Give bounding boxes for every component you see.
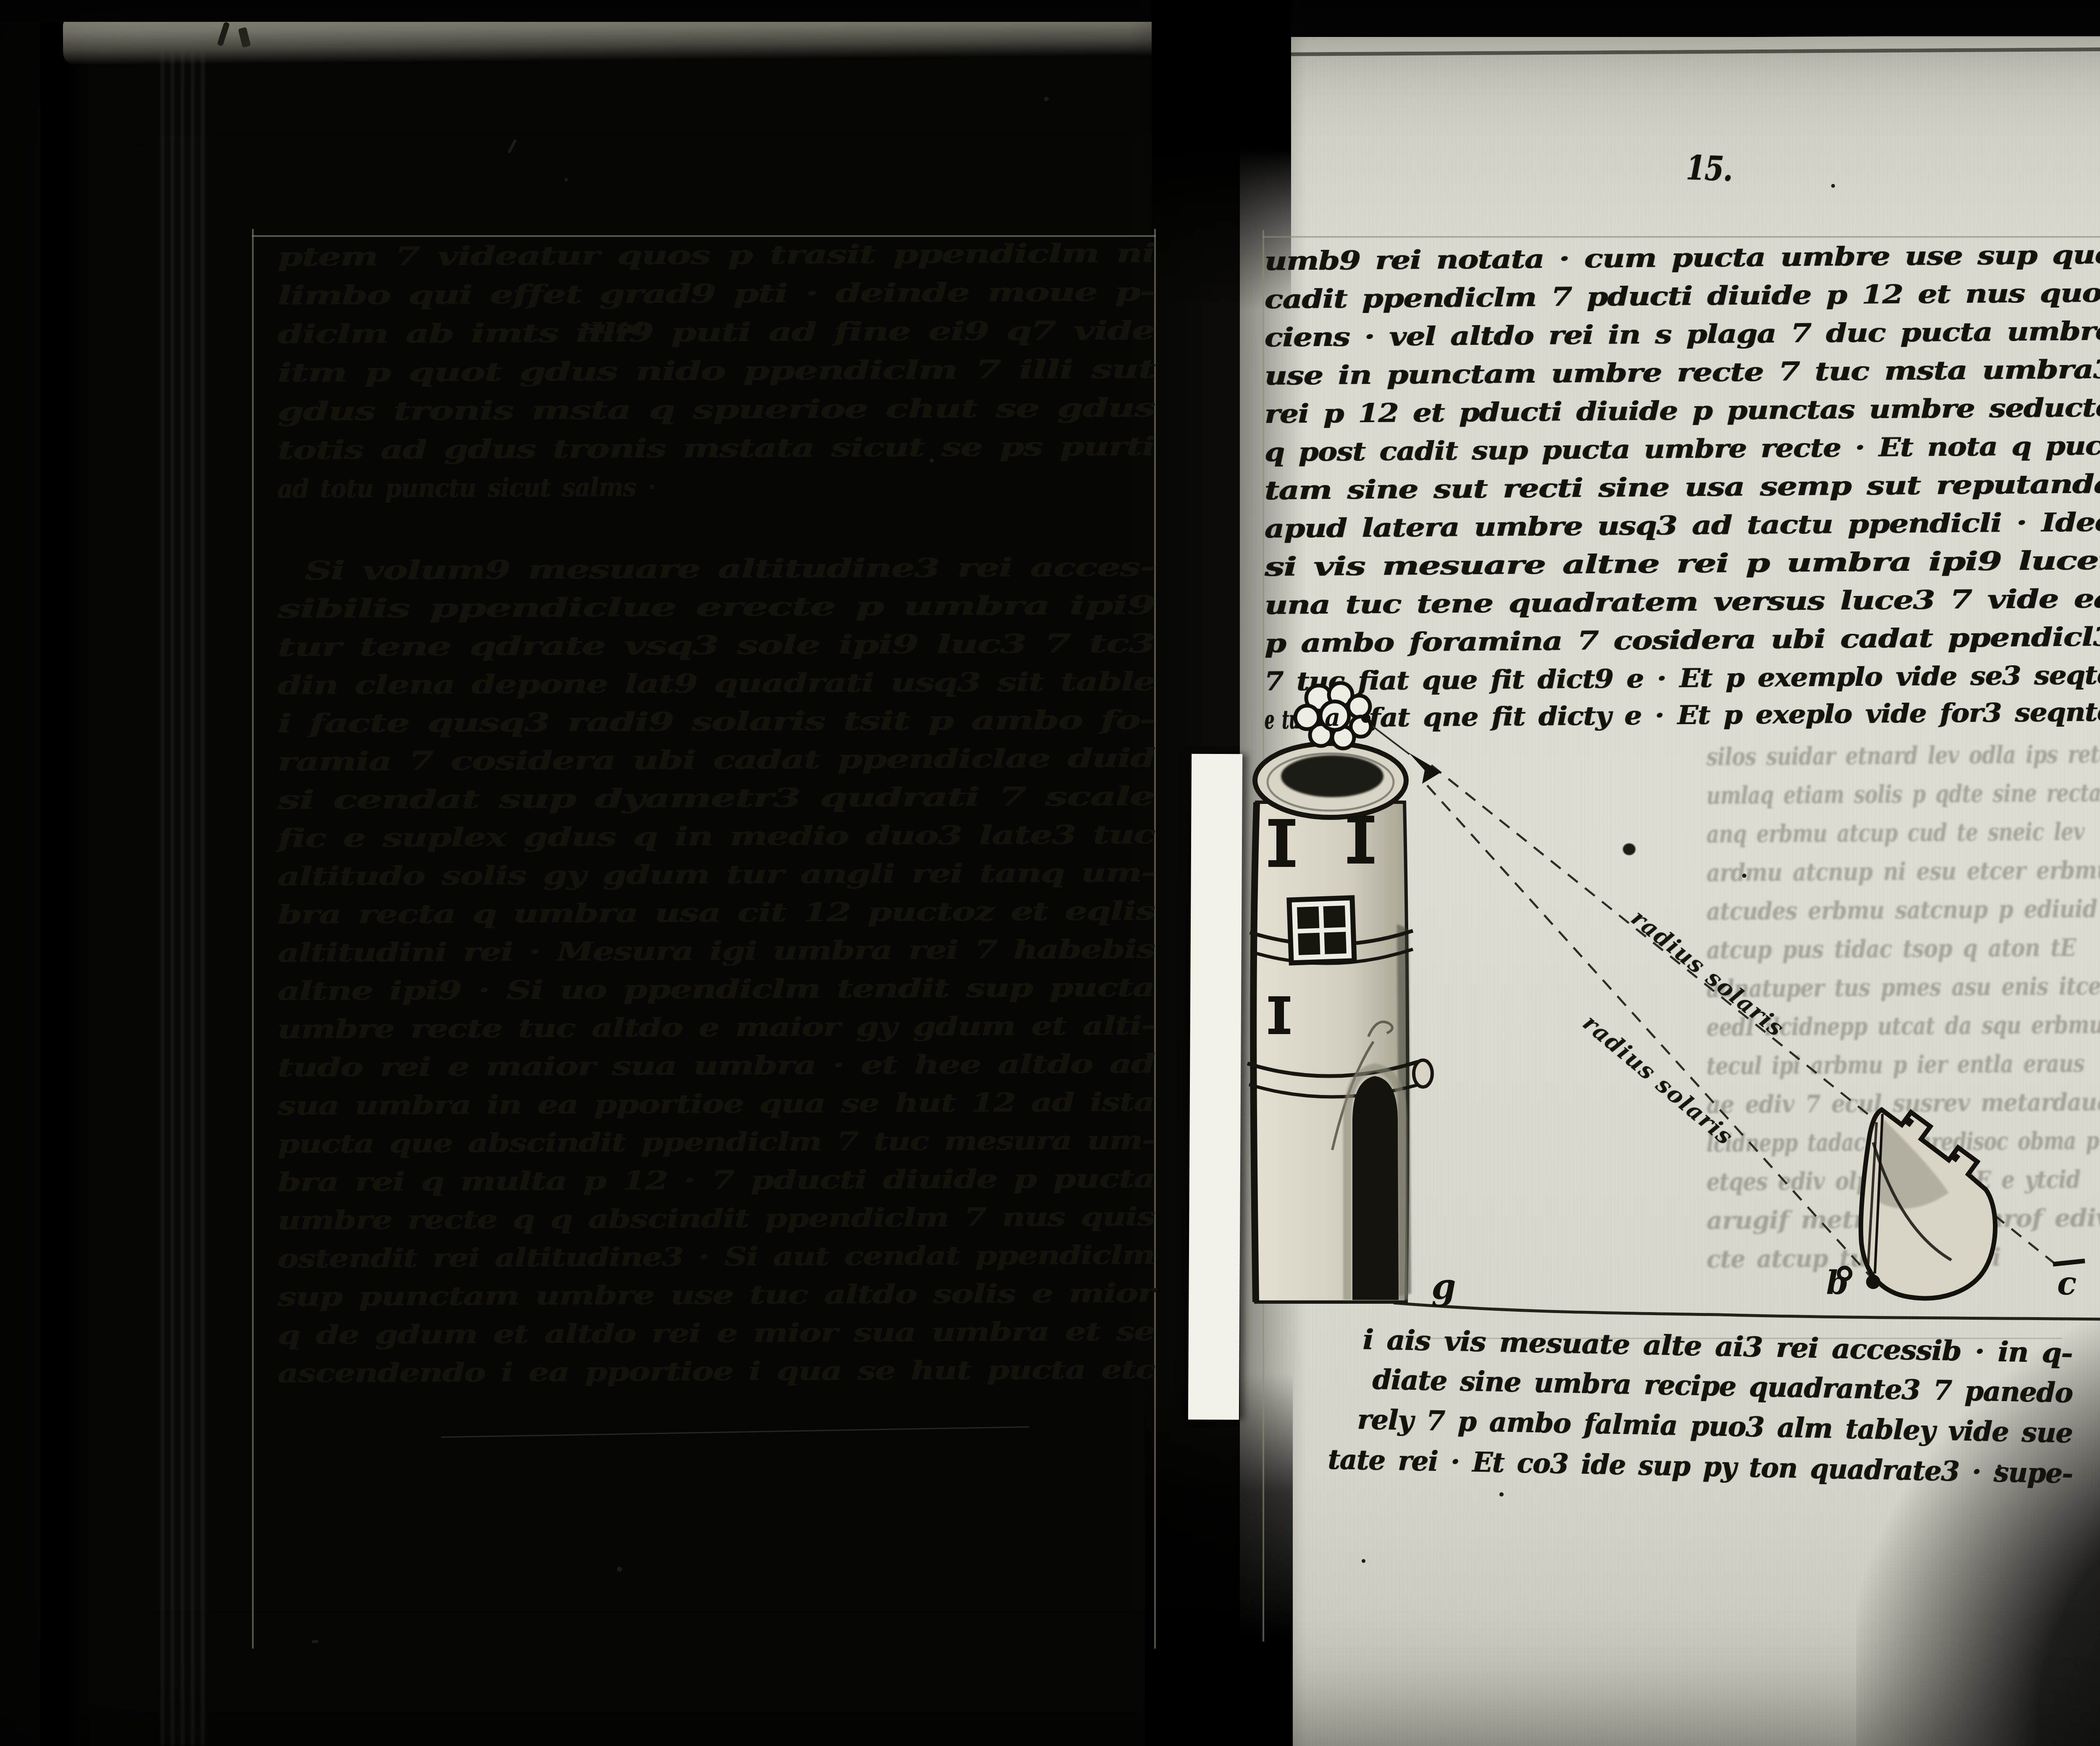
point-c-flourish — [2053, 1261, 2085, 1264]
point-g-label: g — [1431, 1266, 1456, 1307]
manuscript-line: pucta que abscindit ppendiclm 7 tuc mesu… — [277, 1125, 1005, 1159]
manuscript-line: q post cadit sup pucta umbre recte · Et … — [1264, 431, 2034, 467]
left-edge-streak-band — [160, 17, 207, 1746]
manuscript-line: ostendit rei altitudine3 · Si aut cendat… — [277, 1240, 1008, 1274]
manuscript-line: tudo rei e maior sua umbra · et hee altd… — [277, 1049, 945, 1083]
inserted-paper-slip — [1188, 754, 1242, 1420]
ink-speck — [1362, 1559, 1365, 1563]
ink-speck — [312, 1640, 318, 1643]
point-a-label: a — [1325, 703, 1341, 732]
manuscript-line: bra recta q umbra usa cit 12 puctoz et e… — [277, 896, 935, 930]
ground-line — [1394, 1303, 2100, 1320]
manuscript-line: cadit ppendiclm 7 pducti diuide p 12 et … — [1264, 278, 1994, 315]
tower-top-opening — [1281, 755, 1383, 797]
manuscript-line: totis ad gdus tronis mstata sicut se ps … — [277, 432, 930, 465]
manuscript-line: ad totu punctu sicut salms · — [277, 472, 694, 504]
manuscript-line: itm p quot gdus nido ppendiclm 7 illi su… — [277, 355, 892, 388]
manuscript-line: sibilis ppendiclue erecte p umbra ipi9 — [277, 591, 837, 624]
gutter-bottom-dark — [1145, 1373, 1293, 1746]
page-number: 15. — [1685, 148, 1744, 189]
quadrant-instrument — [1839, 1110, 1995, 1298]
manuscript-line: umb9 rei notata · cum pucta umbre use su… — [1264, 240, 1986, 276]
ink-speck — [1742, 874, 1746, 878]
manuscript-line: q de gdum et altdo rei e mior sua umbra … — [277, 1317, 974, 1350]
manuscript-photo: 15. ptem 7 videatur quos p trasit ppendi… — [0, 0, 2100, 1746]
right-top-black — [1218, 0, 2100, 36]
manuscript-line: p ambo foramina 7 cosidera ubi cadat ppe… — [1264, 622, 1981, 659]
manuscript-line: ptem 7 videatur quos p trasit ppendiclm … — [277, 239, 915, 272]
right-top-rule — [1263, 236, 2100, 238]
manuscript-line: tam sine sut recti sine usa semp sut rep… — [1264, 470, 1965, 506]
manuscript-line: i facte qusq3 radi9 solaris tsit p ambo … — [277, 706, 896, 739]
sight-dot — [1361, 714, 1370, 723]
ink-speck — [564, 178, 568, 181]
interlinear-insertion: sunt — [582, 318, 622, 337]
manuscript-line: Si volum9 mesuare altitudine3 rei acces- — [304, 553, 907, 586]
manuscript-line: sua umbra in ea pportioe qua se hut 12 a… — [277, 1087, 982, 1121]
manuscript-line: si cendat sup dyametr3 qudrati 7 scale — [277, 782, 854, 815]
tower-illustration — [1247, 743, 1432, 1302]
manuscript-line: bra rei q multa p 12 · 7 pducti diuide p… — [277, 1164, 963, 1197]
ink-speck — [1499, 1492, 1504, 1497]
ink-speck — [930, 459, 934, 462]
manuscript-line: ramia 7 cosidera ubi cadat ppendiclae du… — [277, 743, 917, 777]
tower-window — [1289, 898, 1354, 963]
manuscript-line: gdus tronis msta q spuerioe chut se gdus — [277, 394, 892, 427]
point-c-label: c — [2057, 1265, 2076, 1302]
manuscript-line: altne ipi9 · Si uo ppendiclm tendit sup … — [277, 973, 944, 1006]
manuscript-line: una tuc tene quadratem versus luce3 7 vi… — [1264, 584, 1961, 620]
left-margin-rule — [252, 229, 254, 1649]
tower-door — [1352, 1076, 1399, 1300]
manuscript-line: altitudini rei · Mesura igi umbra rei 7 … — [277, 935, 964, 968]
manuscript-line: use in punctam umbre recte 7 tuc msta um… — [1264, 355, 1979, 391]
manuscript-line: umbre recte q q abscindit ppendiclm 7 nu… — [277, 1202, 990, 1236]
plumb-bob — [1866, 1275, 1880, 1289]
manuscript-line: altitudo solis gy gdum tur angli rei tan… — [277, 858, 945, 892]
left-top-black — [0, 0, 1218, 22]
manuscript-line: fic e suplex gdus q in medio duo3 late3 … — [277, 820, 926, 853]
manuscript-line: si vis mesuare altne rei p umbra ipi9 lu… — [1264, 546, 1899, 582]
manuscript-line: sup punctam umbre use tuc altdo solis e … — [277, 1279, 963, 1312]
manuscript-line: ciens · vel altdo rei in s plaga 7 duc p… — [1264, 316, 2002, 353]
manuscript-line: apud latera umbre usq3 ad tactu ppendicl… — [1264, 507, 1992, 544]
manuscript-line: umbre recte tuc altdo e maior gy gdum et… — [277, 1011, 974, 1045]
manuscript-line: ascendendo i ea pportioe i qua se hut pu… — [277, 1355, 987, 1389]
manuscript-line: tur tene qdrate vsq3 sole ipi9 luc3 7 tc… — [277, 629, 878, 662]
ink-blot — [1623, 843, 1635, 855]
manuscript-line: din clena depone lat9 quadrati usq3 sit … — [277, 667, 944, 701]
ink-speck — [617, 1567, 622, 1572]
ink-speck — [1914, 517, 1918, 521]
left-fore-edge-torn — [40, 0, 91, 1746]
point-b-label: b — [1826, 1264, 1848, 1301]
manuscript-line: limbo qui effet grad9 pti · deinde moue … — [277, 277, 906, 311]
measurement-figure: a g b c — [1235, 664, 2100, 1378]
ink-speck — [1044, 97, 1049, 101]
manuscript-line: rei p 12 et pducti diuide p punctas umbr… — [1264, 393, 2013, 429]
left-right-margin-rule — [1154, 229, 1156, 1649]
ink-speck — [1831, 184, 1835, 188]
left-top-rule — [252, 235, 1156, 237]
ink-speck — [1998, 1465, 2001, 1468]
